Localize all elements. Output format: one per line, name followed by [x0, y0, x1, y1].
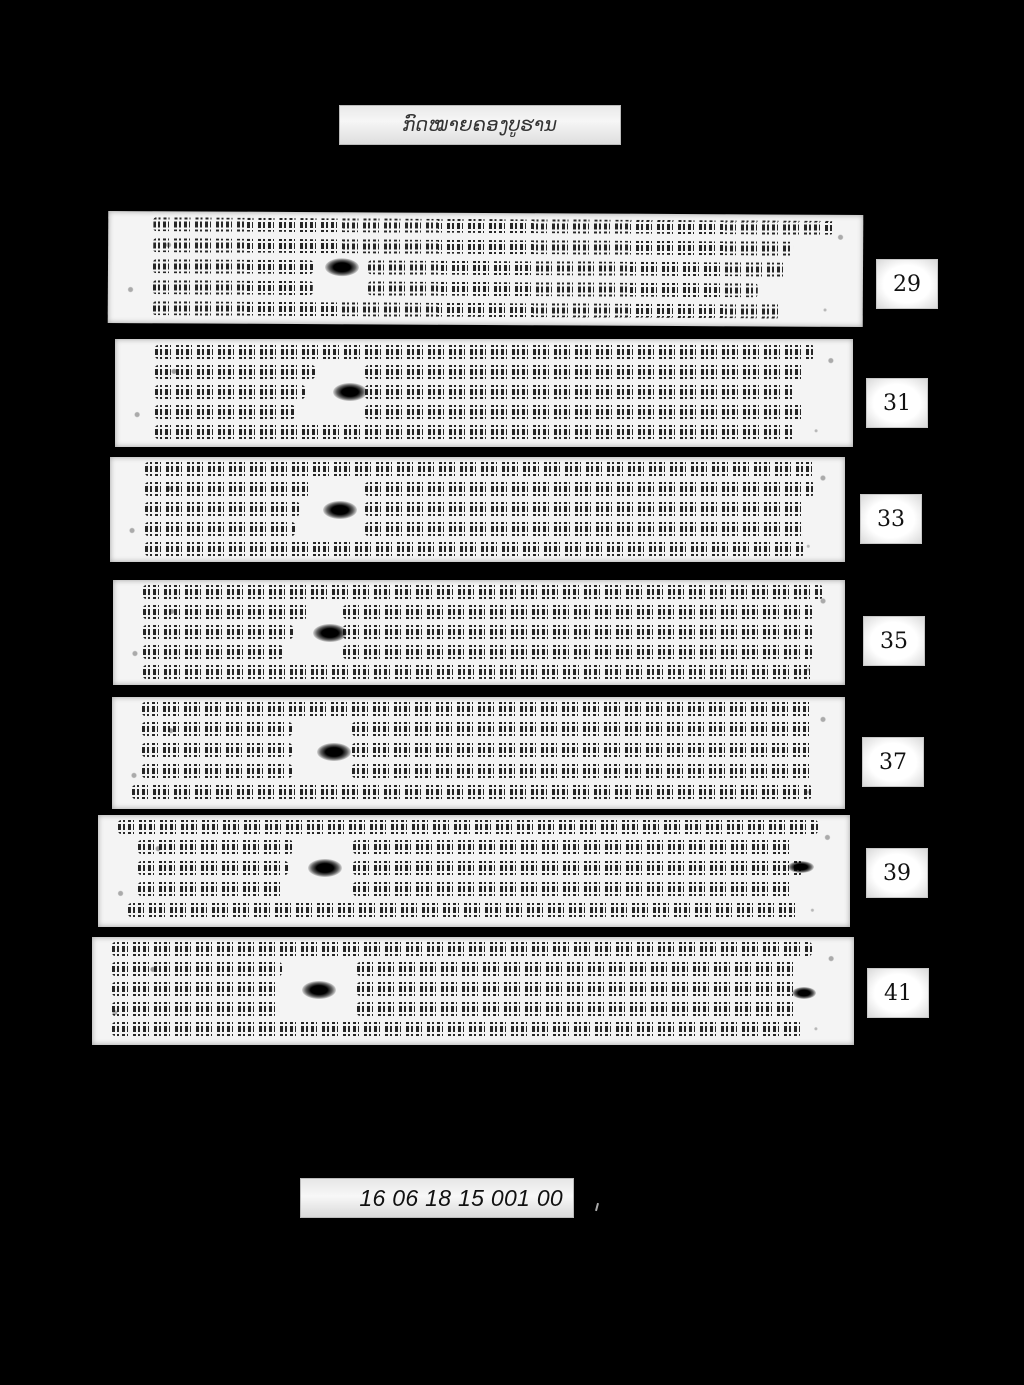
script-line: [153, 301, 783, 318]
palm-leaf-29: [108, 211, 864, 327]
script-line: [145, 522, 295, 536]
binding-hole: [333, 383, 367, 401]
script-line: [365, 522, 805, 536]
binding-hole: [788, 861, 814, 873]
script-line: [145, 502, 300, 516]
script-line: [132, 785, 812, 799]
binding-hole: [317, 743, 351, 761]
binding-hole: [323, 501, 357, 519]
script-line: [143, 645, 283, 659]
script-line: [143, 585, 823, 599]
manuscript-title-label: ກົດໝາຍຄອງບູຮານ: [339, 105, 621, 145]
script-line: [365, 482, 815, 496]
binding-hole: [302, 981, 336, 999]
script-line: [145, 542, 805, 556]
palm-leaf-33: [110, 457, 845, 562]
leaf-number-label: 41: [867, 968, 929, 1018]
binding-hole: [325, 258, 359, 276]
palm-leaf-35: [113, 580, 845, 685]
script-line: [112, 1002, 277, 1016]
script-line: [352, 722, 812, 736]
script-line: [143, 605, 308, 619]
palm-leaf-37: [112, 697, 845, 809]
script-line: [357, 1002, 797, 1016]
palm-leaf-39: [98, 815, 850, 927]
script-line: [365, 385, 795, 399]
script-line: [357, 962, 797, 976]
leaf-number-label: 37: [862, 737, 924, 787]
script-line: [155, 385, 305, 399]
script-line: [153, 280, 313, 295]
script-line: [155, 345, 815, 359]
script-line: [368, 260, 788, 276]
script-line: [357, 982, 797, 996]
binding-hole: [313, 624, 347, 642]
script-line: [353, 840, 793, 854]
script-line: [142, 702, 812, 716]
binding-hole: [792, 987, 816, 999]
script-line: [145, 462, 815, 476]
script-line: [368, 281, 758, 297]
script-line: [143, 665, 813, 679]
script-line: [142, 722, 292, 736]
script-line: [112, 962, 282, 976]
binding-hole: [308, 859, 342, 877]
script-line: [365, 365, 805, 379]
script-line: [365, 405, 805, 419]
script-line: [128, 903, 798, 917]
script-line: [365, 502, 805, 516]
script-line: [343, 625, 813, 639]
script-line: [145, 482, 310, 496]
script-line: [118, 820, 818, 834]
leaf-number-label: 31: [866, 378, 928, 428]
leaf-number-label: 33: [860, 494, 922, 544]
script-line: [112, 942, 812, 956]
script-line: [112, 1022, 802, 1036]
script-line: [155, 405, 295, 419]
script-line: [343, 605, 813, 619]
script-line: [353, 882, 793, 896]
script-line: [153, 259, 313, 274]
leaf-number-label: 35: [863, 616, 925, 666]
palm-leaf-31: [115, 339, 853, 447]
script-line: [343, 645, 813, 659]
script-line: [352, 764, 812, 778]
leaf-number-label: 29: [876, 259, 938, 309]
script-line: [142, 743, 292, 757]
script-line: [153, 217, 833, 235]
script-line: [138, 840, 293, 854]
script-line: [155, 425, 795, 439]
script-line: [352, 743, 812, 757]
script-line: [353, 861, 803, 875]
catalog-code-label: 16 06 18 15 001 00: [300, 1178, 574, 1218]
scan-mark: [595, 1203, 599, 1211]
script-line: [142, 764, 292, 778]
script-line: [112, 982, 277, 996]
script-line: [138, 861, 288, 875]
script-line: [153, 238, 793, 255]
palm-leaf-41: [92, 937, 854, 1045]
script-line: [143, 625, 293, 639]
script-line: [138, 882, 283, 896]
script-line: [155, 365, 315, 379]
leaf-number-label: 39: [866, 848, 928, 898]
